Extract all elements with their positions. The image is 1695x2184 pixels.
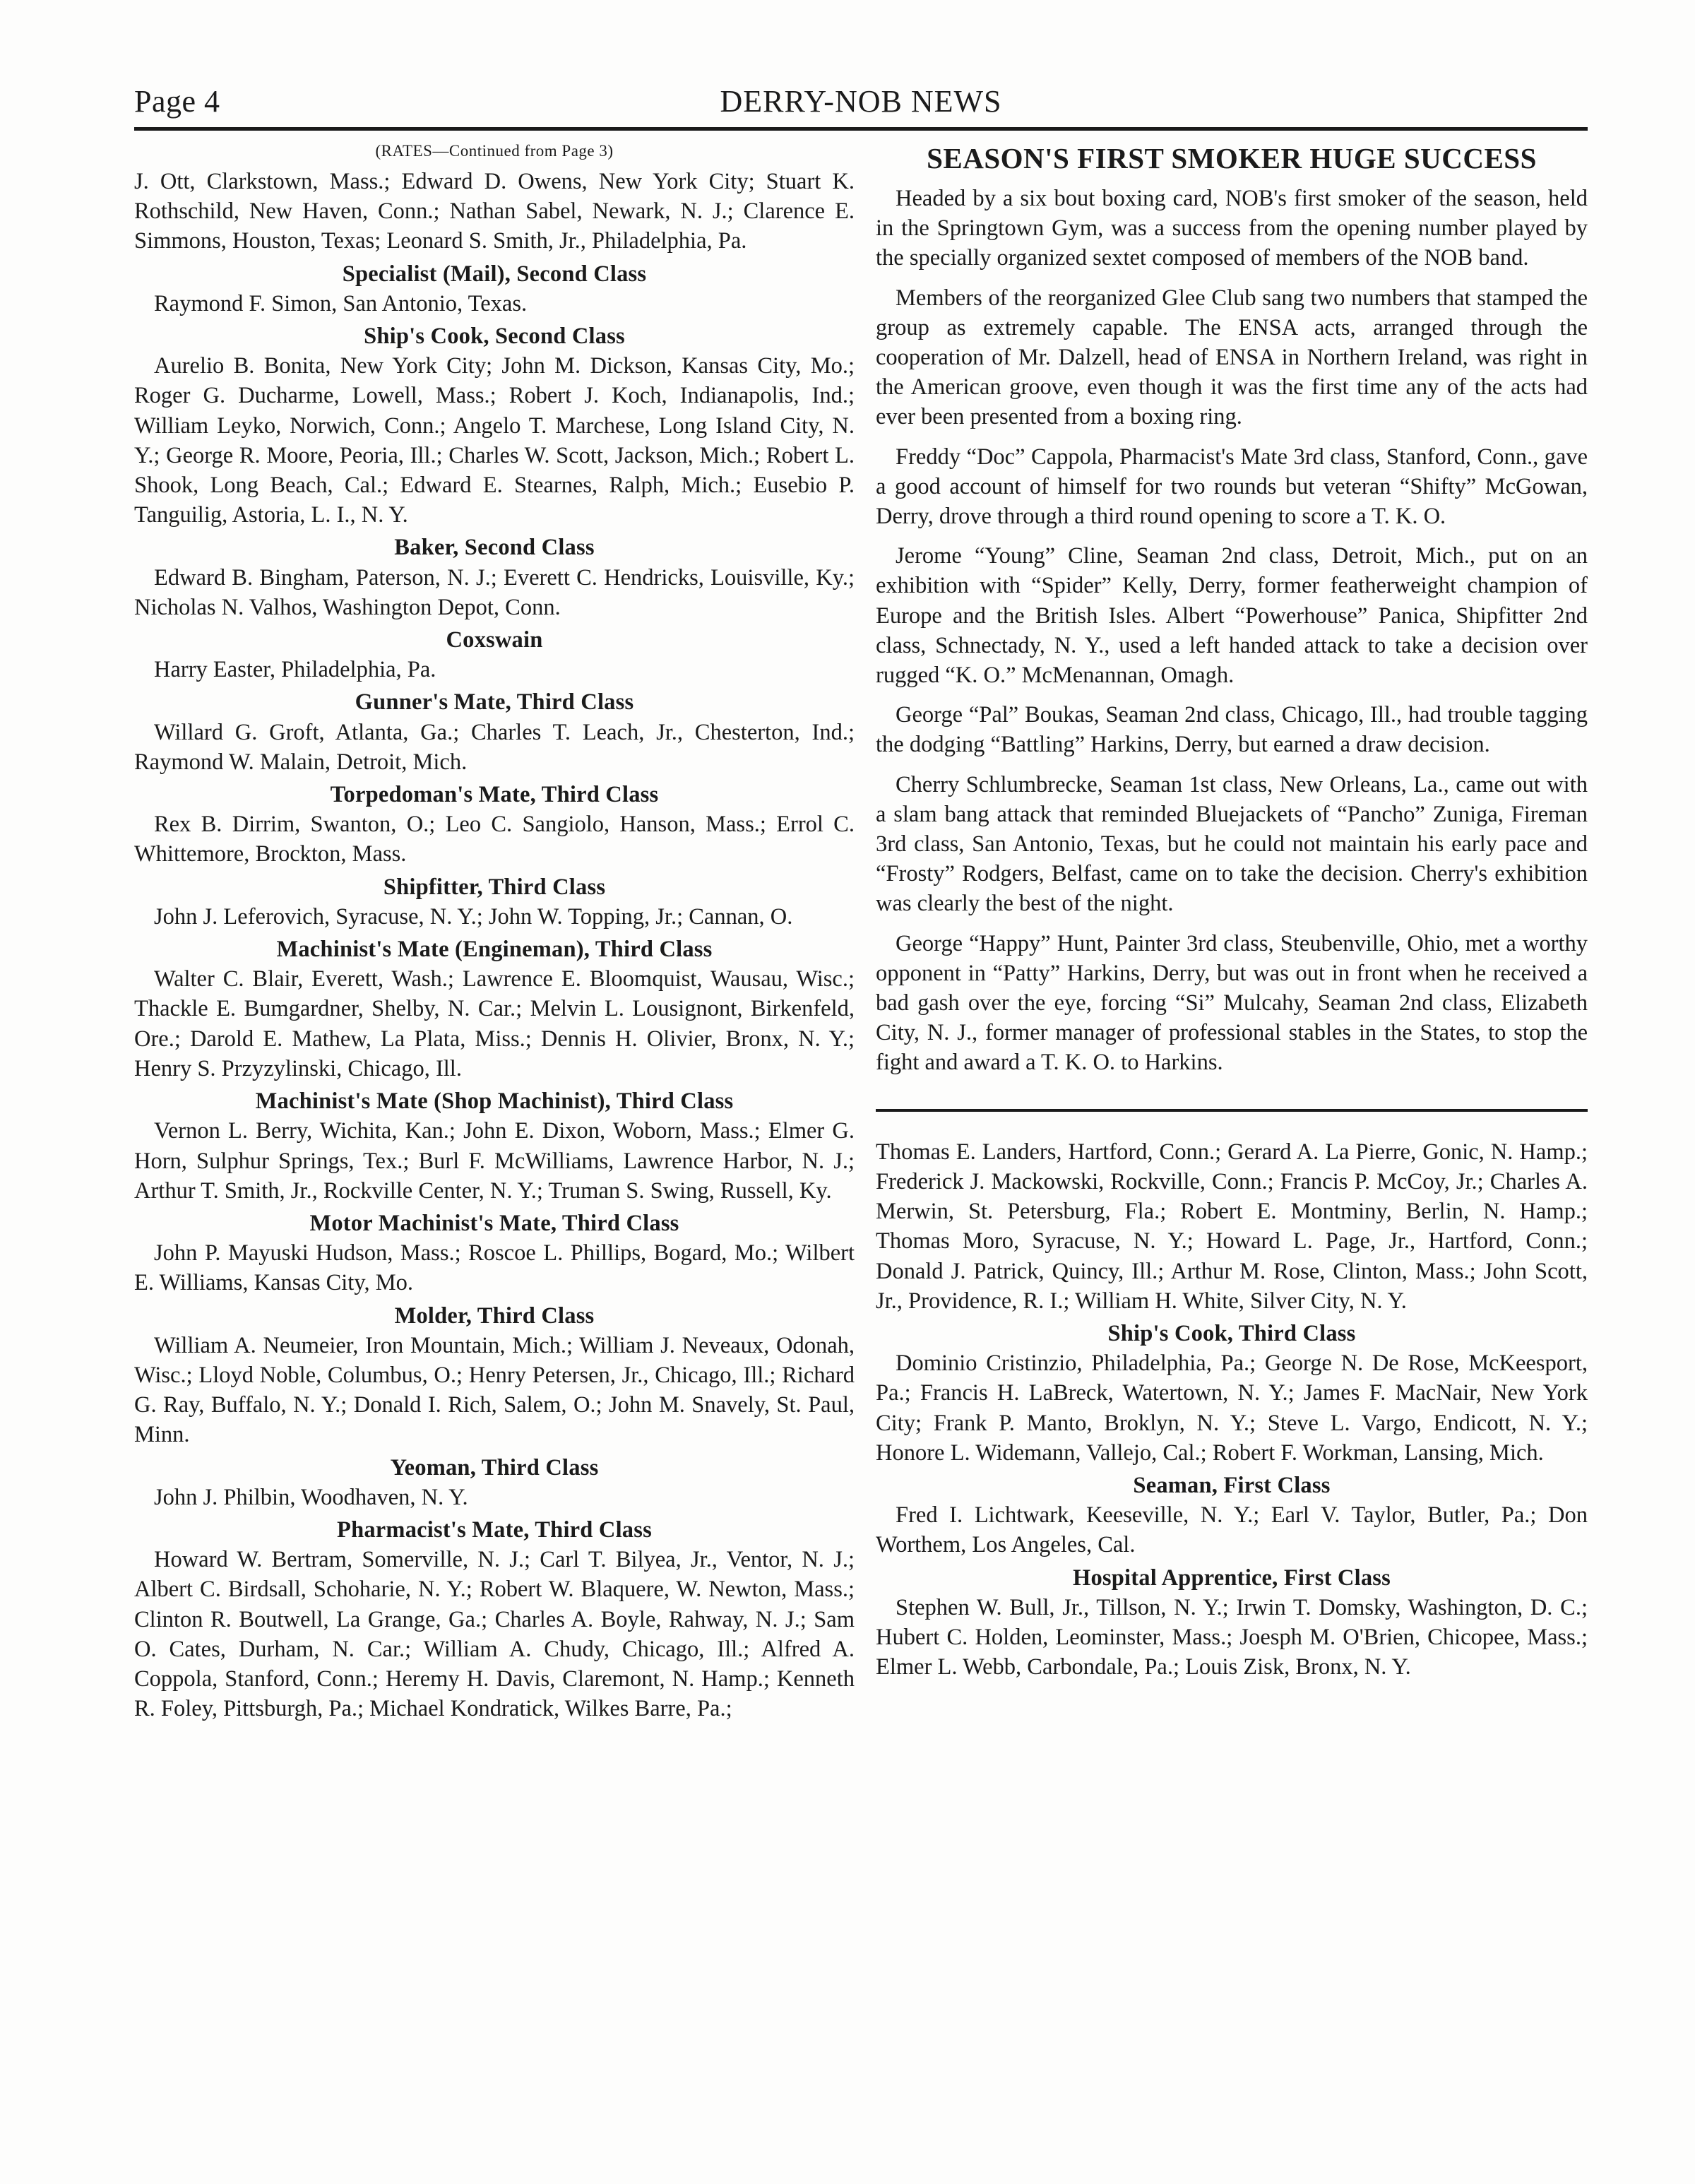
article-headline: SEASON'S FIRST SMOKER HUGE SUCCESS [876,140,1588,177]
names-list: Dominio Cristinzio, Philadelphia, Pa.; G… [876,1348,1588,1468]
rating-heading: Torpedoman's Mate, Third Class [134,780,855,809]
names-list: Raymond F. Simon, San Antonio, Texas. [134,289,855,319]
rating-heading: Molder, Third Class [134,1301,855,1331]
names-list: Walter C. Blair, Everett, Wash.; Lawrenc… [134,964,855,1084]
names-list: Willard G. Groft, Atlanta, Ga.; Charles … [134,718,855,777]
article-paragraph: George “Pal” Boukas, Seaman 2nd class, C… [876,700,1588,759]
rating-heading: Machinist's Mate (Engineman), Third Clas… [134,934,855,964]
names-list: Aurelio B. Bonita, New York City; John M… [134,351,855,530]
article-paragraph: Headed by a six bout boxing card, NOB's … [876,184,1588,273]
rating-heading: Shipfitter, Third Class [134,872,855,902]
rating-sections: Ship's Cook, Third ClassDominio Cristinz… [876,1319,1588,1682]
rating-heading: Motor Machinist's Mate, Third Class [134,1209,855,1238]
rating-heading: Gunner's Mate, Third Class [134,687,855,717]
names-list: J. Ott, Clarkstown, Mass.; Edward D. Owe… [134,167,855,256]
rating-heading: Seaman, First Class [876,1471,1588,1500]
article-paragraph: George “Happy” Hunt, Painter 3rd class, … [876,929,1588,1078]
rating-heading: Machinist's Mate (Shop Machinist), Third… [134,1086,855,1116]
rating-heading: Yeoman, Third Class [134,1453,855,1483]
right-column: SEASON'S FIRST SMOKER HUGE SUCCESS Heade… [876,140,1588,1685]
rating-heading: Coxswain [134,625,855,655]
names-list: Harry Easter, Philadelphia, Pa. [134,655,855,684]
smoker-article: SEASON'S FIRST SMOKER HUGE SUCCESS Heade… [876,140,1588,1078]
rating-sections: Specialist (Mail), Second ClassRaymond F… [134,259,855,1724]
newspaper-title: DERRY-NOB NEWS [134,83,1588,119]
rating-heading: Ship's Cook, Third Class [876,1319,1588,1348]
names-list: Edward B. Bingham, Paterson, N. J.; Ever… [134,563,855,622]
names-list: William A. Neumeier, Iron Mountain, Mich… [134,1331,855,1450]
section-divider-rule [876,1109,1588,1112]
names-list: John J. Philbin, Woodhaven, N. Y. [134,1483,855,1512]
article-paragraph: Freddy “Doc” Cappola, Pharmacist's Mate … [876,442,1588,532]
rating-heading: Baker, Second Class [134,533,855,562]
rating-heading: Specialist (Mail), Second Class [134,259,855,289]
names-list: Rex B. Dirrim, Swanton, O.; Leo C. Sangi… [134,809,855,869]
rating-heading: Ship's Cook, Second Class [134,321,855,351]
article-paragraph: Cherry Schlumbrecke, Seaman 1st class, N… [876,770,1588,919]
rating-heading: Pharmacist's Mate, Third Class [134,1515,855,1545]
masthead-rule [134,127,1588,131]
names-list: John P. Mayuski Hudson, Mass.; Roscoe L.… [134,1238,855,1298]
rating-heading: Hospital Apprentice, First Class [876,1563,1588,1593]
names-list: Vernon L. Berry, Wichita, Kan.; John E. … [134,1116,855,1206]
left-column-ratings-list: (RATES—Continued from Page 3) J. Ott, Cl… [134,140,855,1726]
names-list: Howard W. Bertram, Somerville, N. J.; Ca… [134,1545,855,1723]
names-list: Stephen W. Bull, Jr., Tillson, N. Y.; Ir… [876,1593,1588,1682]
names-list: John J. Leferovich, Syracuse, N. Y.; Joh… [134,902,855,932]
article-paragraph: Members of the reorganized Glee Club san… [876,283,1588,432]
continued-note: (RATES—Continued from Page 3) [134,140,855,162]
names-list: Fred I. Lichtwark, Keeseville, N. Y.; Ea… [876,1500,1588,1560]
names-list: Thomas E. Landers, Hartford, Conn.; Gera… [876,1137,1588,1316]
article-paragraph: Jerome “Young” Cline, Seaman 2nd class, … [876,541,1588,690]
article-body: Headed by a six bout boxing card, NOB's … [876,184,1588,1078]
